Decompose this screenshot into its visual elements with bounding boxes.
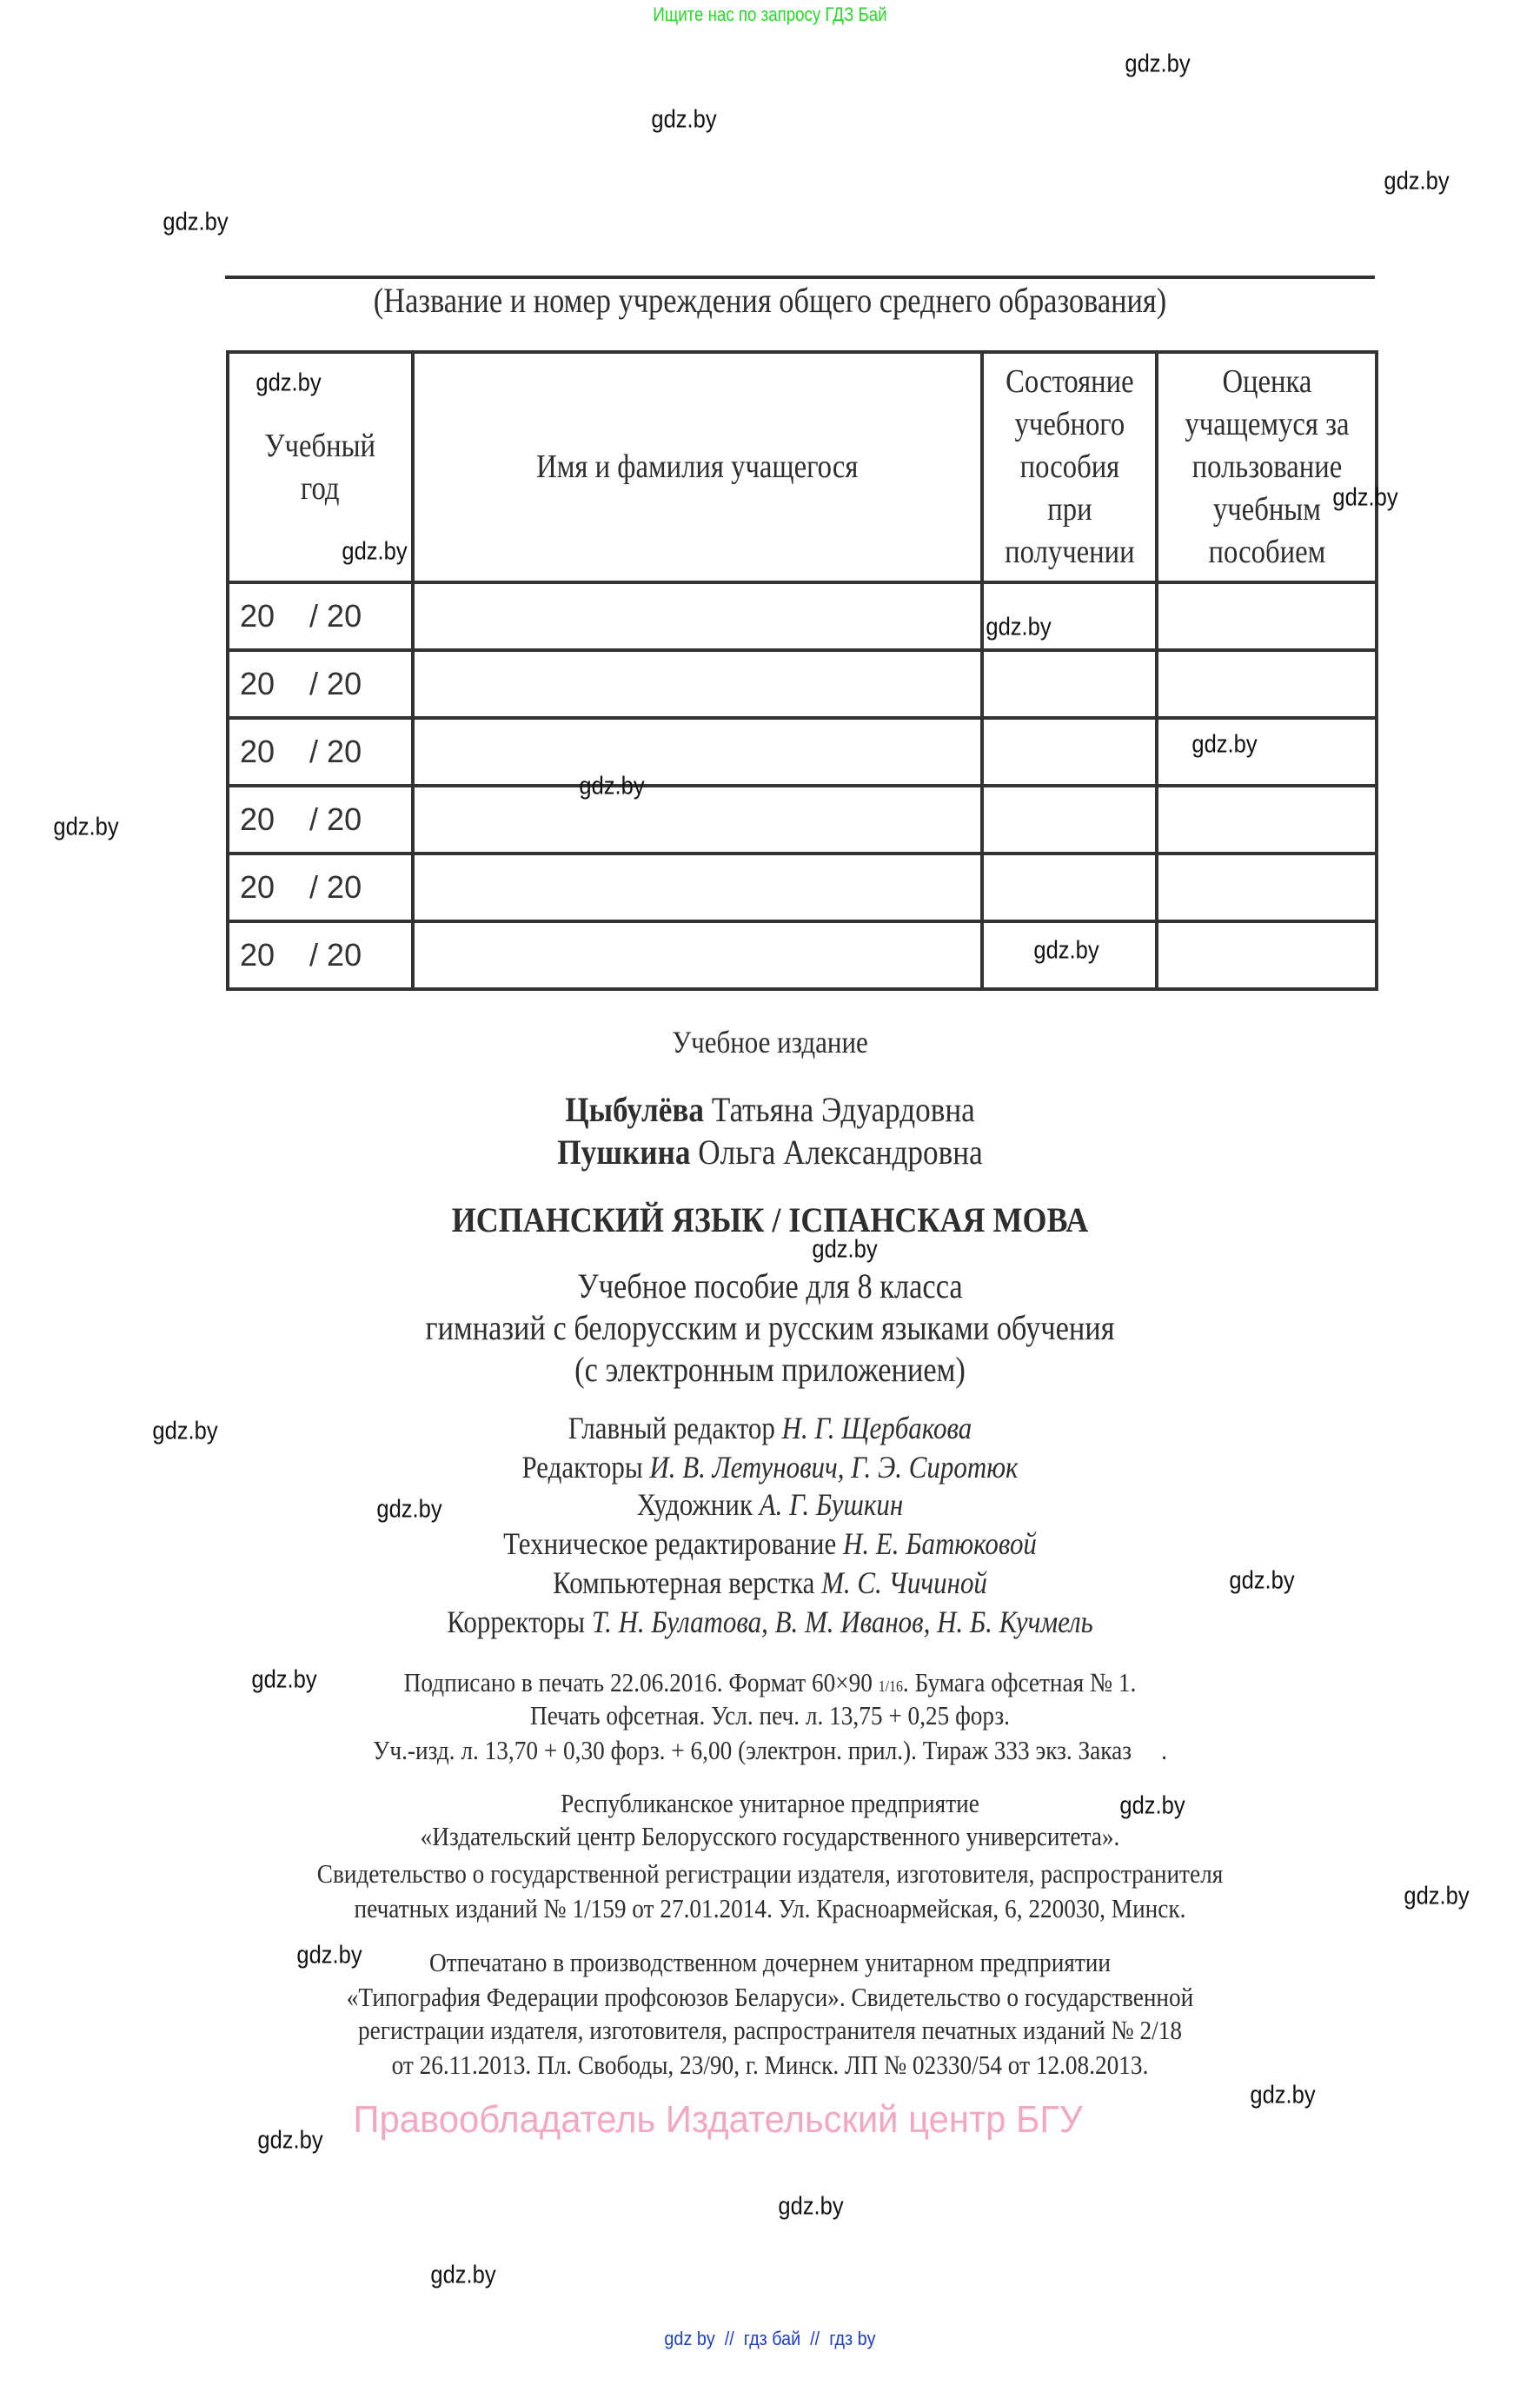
gdz-watermark: gdz.by xyxy=(296,1942,362,1970)
credit-names: Н. Е. Батюковой xyxy=(843,1526,1037,1561)
gdz-watermark: gdz.by xyxy=(778,2193,843,2222)
gdz-watermark: gdz.by xyxy=(1332,484,1397,513)
student-name-cell[interactable] xyxy=(413,582,982,650)
student-name-cell[interactable] xyxy=(413,650,982,718)
subtitle-line-1: Учебное пособие для 8 класса xyxy=(108,1266,1432,1306)
gdz-watermark: gdz.by xyxy=(256,369,321,398)
header-student-name: Имя и фамилия учащегося xyxy=(413,352,982,582)
credit-role: Художник xyxy=(637,1487,753,1522)
condition-cell[interactable] xyxy=(982,786,1157,854)
credit-names: М. С. Чичиной xyxy=(821,1565,987,1600)
credit-role: Компьютерная верстка xyxy=(553,1565,814,1600)
gdz-watermark: gdz.by xyxy=(251,1666,316,1695)
gdz-watermark: gdz.by xyxy=(579,773,644,801)
textbook-usage-table: Учебныйгод Имя и фамилия учащегося Состо… xyxy=(226,350,1378,991)
gdz-watermark: gdz.by xyxy=(53,814,118,842)
gdz-watermark: gdz.by xyxy=(1125,50,1190,79)
gdz-watermark: gdz.by xyxy=(1404,1883,1469,1911)
table-row: 20 / 20 xyxy=(228,786,1377,854)
subtitle-line-2: гимназий с белорусским и русским языками… xyxy=(108,1307,1432,1348)
search-hint-banner: Ищите нас по запросу ГДЗ Бай xyxy=(116,3,1424,26)
condition-cell[interactable] xyxy=(982,854,1157,921)
credit-names: Т. Н. Булатова, В. М. Иванов, Н. Б. Кучм… xyxy=(592,1604,1093,1639)
gdz-watermark: gdz.by xyxy=(1192,731,1257,760)
format-fraction: 1/16 xyxy=(879,1677,903,1695)
gdz-watermark: gdz.by xyxy=(812,1236,877,1265)
printer-line-3: регистрации издателя, изготовителя, расп… xyxy=(92,2015,1447,2046)
grade-cell[interactable] xyxy=(1157,582,1377,650)
credit-names: А. Г. Бушкин xyxy=(760,1487,903,1522)
author-1-surname: Цыбулёва xyxy=(565,1090,704,1129)
gdz-watermark: gdz.by xyxy=(1250,2082,1315,2110)
printer-line-4: от 26.11.2013. Пл. Свободы, 23/90, г. Ми… xyxy=(92,2050,1447,2081)
table-row: 20 / 20 xyxy=(228,582,1377,650)
gdz-watermark: gdz.by xyxy=(152,1418,217,1446)
author-2: Пушкина Ольга Александровна xyxy=(92,1132,1447,1173)
author-2-given: Ольга Александровна xyxy=(698,1133,982,1172)
gdz-watermark: gdz.by xyxy=(376,1496,441,1525)
footer-links[interactable]: gdz by // гдз бай // гдз by xyxy=(77,2328,1464,2350)
grade-cell[interactable] xyxy=(1157,854,1377,921)
credit-names: И. В. Летунович, Г. Э. Сиротюк xyxy=(649,1450,1018,1485)
student-name-cell[interactable] xyxy=(413,854,982,921)
student-name-cell[interactable] xyxy=(413,718,982,786)
edition-type: Учебное издание xyxy=(108,1024,1432,1060)
year-cell[interactable]: 20 / 20 xyxy=(228,921,413,989)
credit-line: Техническое редактирование Н. Е. Батюков… xyxy=(108,1525,1432,1562)
gdz-watermark: gdz.by xyxy=(1384,168,1449,196)
gdz-watermark: gdz.by xyxy=(342,538,407,567)
grade-cell[interactable] xyxy=(1157,786,1377,854)
publisher-line-1: Республиканское унитарное предприятие xyxy=(92,1788,1447,1819)
publisher-line-2: «Издательский центр Белорусского государ… xyxy=(92,1821,1447,1852)
credit-role: Главный редактор xyxy=(568,1411,775,1445)
publisher-line-4: печатных изданий № 1/159 от 27.01.2014. … xyxy=(92,1893,1447,1924)
credit-role: Корректоры xyxy=(447,1604,585,1639)
credit-line: Художник А. Г. Бушкин xyxy=(108,1486,1432,1523)
credit-role: Редакторы xyxy=(521,1450,642,1485)
copyright-holder-notice: Правообладатель Издательский центр БГУ xyxy=(0,2098,1450,2142)
condition-cell[interactable] xyxy=(982,650,1157,718)
author-2-surname: Пушкина xyxy=(557,1133,690,1172)
credit-names: Н. Г. Щербакова xyxy=(782,1411,972,1445)
gdz-watermark: gdz.by xyxy=(257,2127,322,2156)
gdz-watermark: gdz.by xyxy=(430,2262,495,2290)
print-info-line-2: Печать офсетная. Усл. печ. л. 13,75 + 0,… xyxy=(92,1700,1447,1731)
gdz-watermark: gdz.by xyxy=(1033,937,1099,966)
student-name-cell[interactable] xyxy=(413,786,982,854)
gdz-watermark: gdz.by xyxy=(1119,1792,1185,1821)
institution-name-line xyxy=(225,276,1375,279)
table-row: 20 / 20 xyxy=(228,921,1377,989)
year-cell[interactable]: 20 / 20 xyxy=(228,650,413,718)
print-info-line-3: Уч.-изд. л. 13,70 + 0,30 форз. + 6,00 (э… xyxy=(92,1735,1447,1766)
year-cell[interactable]: 20 / 20 xyxy=(228,582,413,650)
table-row: 20 / 20 xyxy=(228,854,1377,921)
printer-line-1: Отпечатано в производственном дочернем у… xyxy=(92,1947,1447,1978)
header-condition: Состояниеучебногопособияприполучении xyxy=(982,352,1157,582)
credit-line: Редакторы И. В. Летунович, Г. Э. Сиротюк xyxy=(108,1449,1432,1485)
year-cell[interactable]: 20 / 20 xyxy=(228,718,413,786)
year-cell[interactable]: 20 / 20 xyxy=(228,854,413,921)
gdz-watermark: gdz.by xyxy=(651,106,716,135)
subtitle-line-3: (с электронным приложением) xyxy=(108,1349,1432,1390)
author-1-given: Татьяна Эдуардовна xyxy=(712,1090,975,1129)
grade-cell[interactable] xyxy=(1157,921,1377,989)
credit-line: Корректоры Т. Н. Булатова, В. М. Иванов,… xyxy=(108,1604,1432,1640)
gdz-watermark: gdz.by xyxy=(986,614,1051,642)
year-cell[interactable]: 20 / 20 xyxy=(228,786,413,854)
condition-cell[interactable] xyxy=(982,718,1157,786)
credit-line: Главный редактор Н. Г. Щербакова xyxy=(108,1410,1432,1446)
header-grade: Оценкаучащемуся запользованиеучебнымпосо… xyxy=(1157,352,1377,582)
credit-role: Техническое редактирование xyxy=(503,1526,836,1561)
printer-line-2: «Типография Федерации профсоюзов Беларус… xyxy=(92,1982,1447,2013)
grade-cell[interactable] xyxy=(1157,718,1377,786)
book-title: ИСПАНСКИЙ ЯЗЫК / ІСПАНСКАЯ МОВА xyxy=(77,1199,1464,1240)
table-row: 20 / 20 xyxy=(228,650,1377,718)
student-name-cell[interactable] xyxy=(413,921,982,989)
gdz-watermark: gdz.by xyxy=(1229,1567,1294,1596)
institution-caption: (Название и номер учреждения общего сред… xyxy=(108,280,1432,321)
gdz-watermark: gdz.by xyxy=(163,209,228,237)
author-1: Цыбулёва Татьяна Эдуардовна xyxy=(92,1089,1447,1130)
publisher-line-3: Свидетельство о государственной регистра… xyxy=(92,1858,1447,1890)
grade-cell[interactable] xyxy=(1157,650,1377,718)
